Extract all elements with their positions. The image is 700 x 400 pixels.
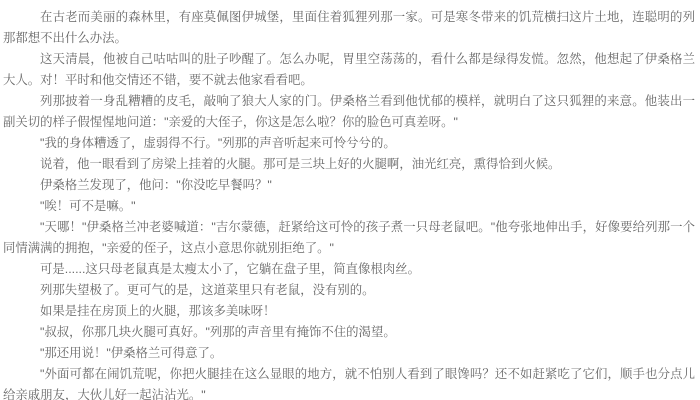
paragraph: 列那失望极了。更可气的是，这道菜里只有老鼠，没有别的。 — [3, 280, 695, 301]
paragraph-dialogue: "那还用说！"伊桑格兰可得意了。 — [3, 343, 695, 364]
paragraph: 如果是挂在房顶上的火腿，那该多美味呀！ — [3, 301, 695, 322]
paragraph-dialogue: "叔叔，你那几块火腿可真好。"列那的声音里有掩饰不住的渴望。 — [3, 322, 695, 343]
document-page: 在古老而美丽的森林里，有座莫佩图伊城堡，里面住着狐狸列那一家。可是寒冬带来的饥荒… — [0, 0, 700, 400]
paragraph-dialogue: 伊桑格兰发现了，他问："你没吃早餐吗？" — [3, 175, 695, 196]
paragraph: 可是......这只母老鼠真是太瘦太小了，它躺在盘子里，简直像根肉丝。 — [3, 259, 695, 280]
paragraph-dialogue: "唉！可不是嘛。" — [3, 196, 695, 217]
paragraph: 列那披着一身乱糟糟的皮毛，敲响了狼大人家的门。伊桑格兰看到他忧郁的模样，就明白了… — [3, 91, 695, 133]
paragraph-dialogue: "外面可都在闹饥荒呢，你把火腿挂在这么显眼的地方，就不怕别人看到了眼馋吗？还不如… — [3, 364, 695, 400]
paragraph: 说着，他一眼看到了房梁上挂着的火腿。那可是三块上好的火腿啊，油光红亮，熏得恰到火… — [3, 154, 695, 175]
paragraph-intro: 在古老而美丽的森林里，有座莫佩图伊城堡，里面住着狐狸列那一家。可是寒冬带来的饥荒… — [3, 7, 695, 49]
paragraph-dialogue: "我的身体糟透了，虚弱得不行。"列那的声音听起来可怜兮兮的。 — [3, 133, 695, 154]
paragraph: 这天清晨，他被自己咕咕叫的肚子吵醒了。怎么办呢，胃里空荡荡的，看什么都是绿得发慌… — [3, 49, 695, 91]
paragraph-dialogue: "天哪！"伊桑格兰冲老婆喊道："吉尔蒙德，赶紧给这可怜的孩子煮一只母老鼠吧。"他… — [3, 217, 695, 259]
